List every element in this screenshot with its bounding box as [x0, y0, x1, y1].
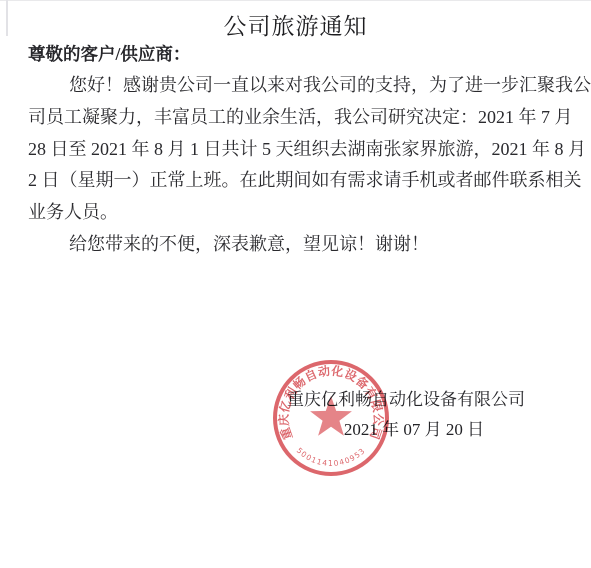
- document-page: 公司旅游通知 尊敬的客户/供应商： 您好！感谢贵公司一直以来对我公司的支持，为了…: [0, 0, 591, 568]
- page-title: 公司旅游通知: [0, 8, 591, 41]
- seal-serial-number: 5001141040953: [295, 446, 368, 468]
- page-top-edge: [0, 0, 591, 1]
- closing-line: 给您带来的不便，深表歉意，望见谅！谢谢！: [28, 229, 562, 261]
- company-name: 重庆亿利畅自动化设备有限公司: [246, 385, 566, 415]
- salutation: 尊敬的客户/供应商：: [28, 41, 190, 66]
- body-paragraph: 您好！感谢贵公司一直以来对我公司的支持，为了进一步汇聚我公 司员工凝聚力，丰富员…: [28, 70, 562, 261]
- body-line: 28 日至 2021 年 8 月 1 日共计 5 天组织去湖南张家界旅游，202…: [28, 134, 562, 166]
- svg-text:5001141040953: 5001141040953: [295, 446, 368, 468]
- body-line: 业务人员。: [28, 197, 562, 229]
- signature-date: 2021 年 07 月 20 日: [254, 415, 574, 445]
- body-line: 2 日（星期一）正常上班。在此期间如有需求请手机或者邮件联系相关: [28, 165, 562, 197]
- body-line: 司员工凝聚力，丰富员工的业余生活，我公司研究决定：2021 年 7 月: [28, 102, 562, 134]
- signature-block: 重庆亿利畅自动化设备有限公司 2021 年 07 月 20 日: [246, 385, 566, 445]
- body-line: 您好！感谢贵公司一直以来对我公司的支持，为了进一步汇聚我公: [28, 70, 562, 102]
